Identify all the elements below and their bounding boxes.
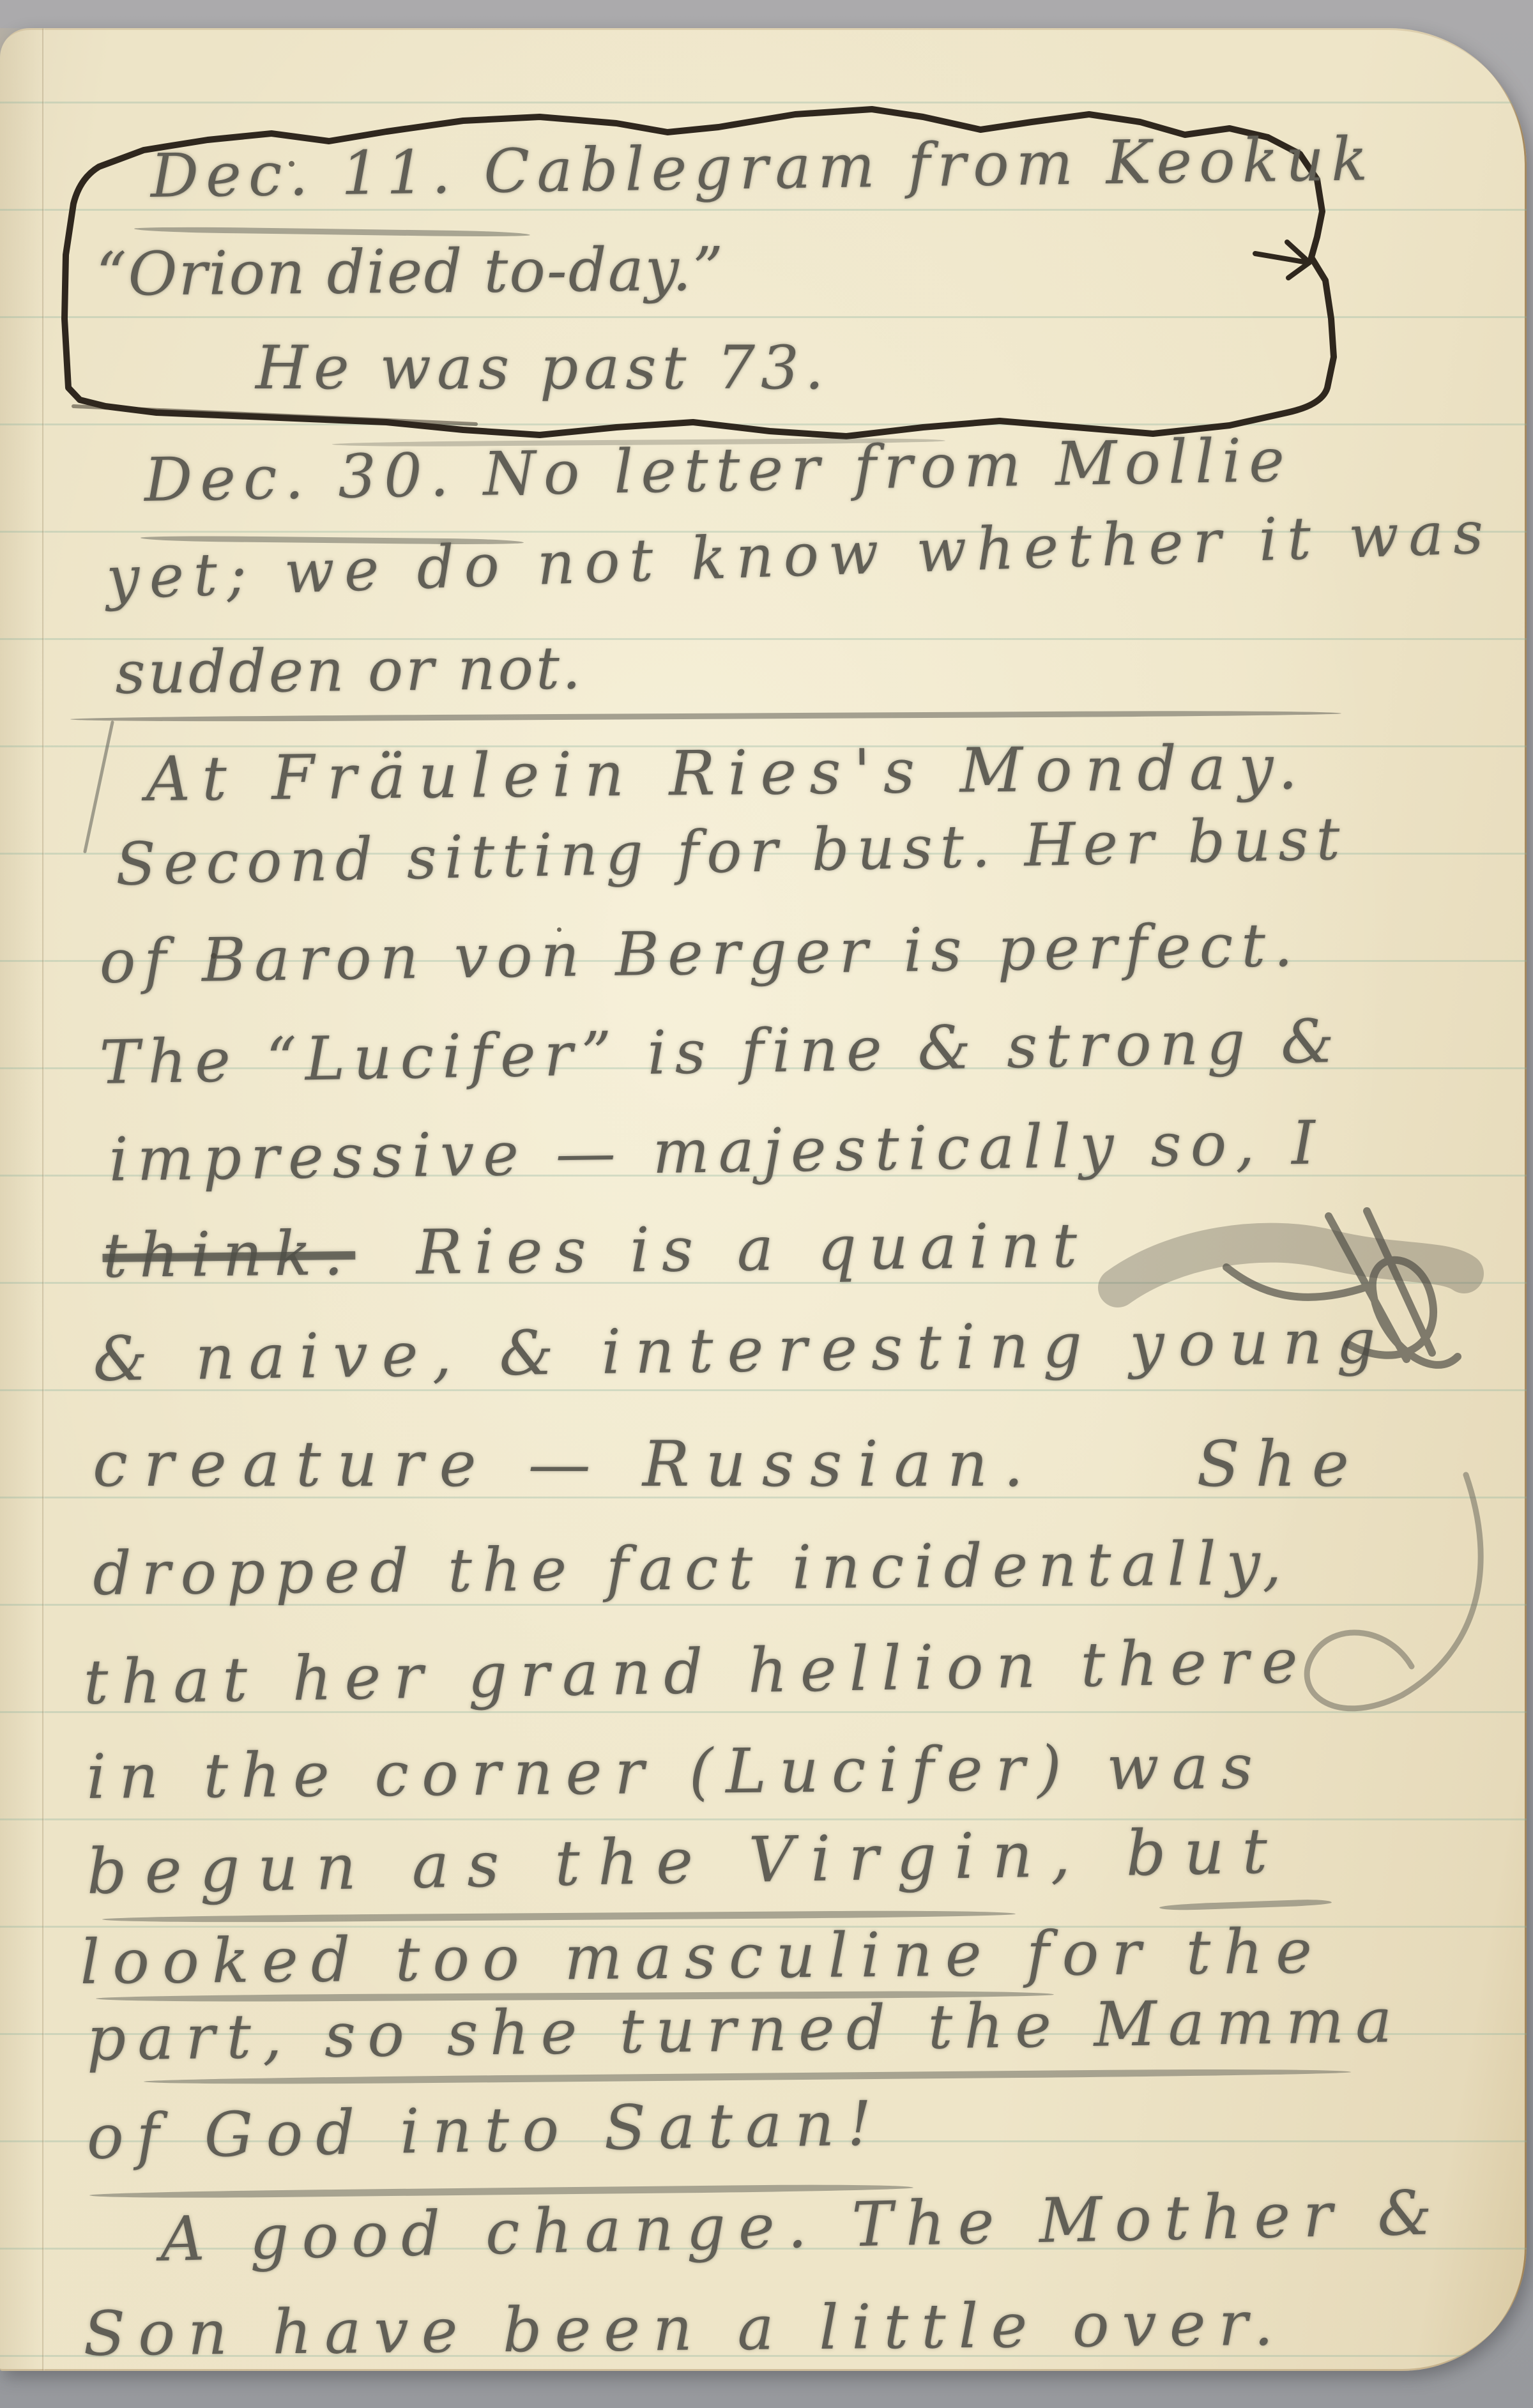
journal-line-ries-3: of Baron von Berger is perfect. bbox=[99, 916, 1301, 993]
pencil-underline-but bbox=[1159, 1899, 1332, 1911]
arrow-icon bbox=[1255, 242, 1309, 278]
journal-line-ries-13: looked too masculine for the bbox=[80, 1921, 1325, 1993]
scribbled-out-word bbox=[1099, 1192, 1482, 1403]
scanner-background: { "document": { "kind": "scanned handwri… bbox=[0, 0, 1533, 2408]
journal-line-dec30-3: sudden or not. bbox=[115, 639, 584, 703]
ink-speck bbox=[211, 953, 217, 959]
journal-line-ries-6-rest: Ries is a quaint bbox=[416, 1210, 1090, 1288]
journal-line-ries-11: in the corner (Lucifer) was bbox=[86, 1736, 1265, 1808]
binding-gutter-shade bbox=[0, 28, 42, 2371]
struck-out-word: think. bbox=[102, 1217, 356, 1292]
journal-line-ries-17: Son have been a little over. bbox=[83, 2293, 1286, 2365]
journal-line-ries-8: creature — Russian. She bbox=[93, 1433, 1365, 1496]
journal-line-ries-2: Second sitting for bust. Her bust bbox=[115, 810, 1348, 894]
paragraph-slash-mark bbox=[83, 720, 114, 853]
journal-line-ries-9: dropped the fact incidentally, bbox=[93, 1534, 1292, 1604]
journal-line-dec11-1: Dec. 11. Cablegram from Keokuk bbox=[150, 130, 1375, 207]
ink-speck bbox=[557, 927, 561, 932]
page-fold-crease bbox=[42, 28, 45, 2371]
journal-line-dec11-2: “Orion died to-day.” bbox=[96, 240, 725, 305]
journal-line-ries-5: impressive — majestically so, I bbox=[109, 1113, 1325, 1191]
journal-line-dec30-2: yet; we do not know whether it was bbox=[105, 503, 1493, 608]
journal-line-ries-1: At Fräulein Ries's Monday. bbox=[146, 736, 1311, 810]
journal-line-ries-14: part, so she turned the Mamma bbox=[86, 1990, 1404, 2069]
journal-line-ries-6: think. Ries is a quaint bbox=[102, 1215, 1089, 1286]
pen-flourish bbox=[1268, 1459, 1485, 1734]
journal-line-ries-15: of God into Satan! bbox=[86, 2092, 885, 2168]
journal-line-ries-12: begun as the Virgin, but bbox=[86, 1820, 1286, 1903]
pencil-separator-rule bbox=[70, 710, 1341, 722]
journal-line-dec11-3: He was past 73. bbox=[256, 339, 830, 399]
journal-line-dec30-1: Dec. 30. No letter from Mollie bbox=[144, 431, 1293, 511]
notebook-page: Dec. 11. Cablegram from Keokuk “Orion di… bbox=[0, 28, 1527, 2371]
journal-line-ries-10: that her grand hellion there bbox=[83, 1630, 1311, 1713]
journal-line-ries-4: The “Lucifer” is fine & strong & bbox=[99, 1012, 1343, 1094]
journal-line-ries-8a: creature — Russian. bbox=[93, 1428, 1039, 1501]
ink-speck bbox=[289, 161, 294, 167]
